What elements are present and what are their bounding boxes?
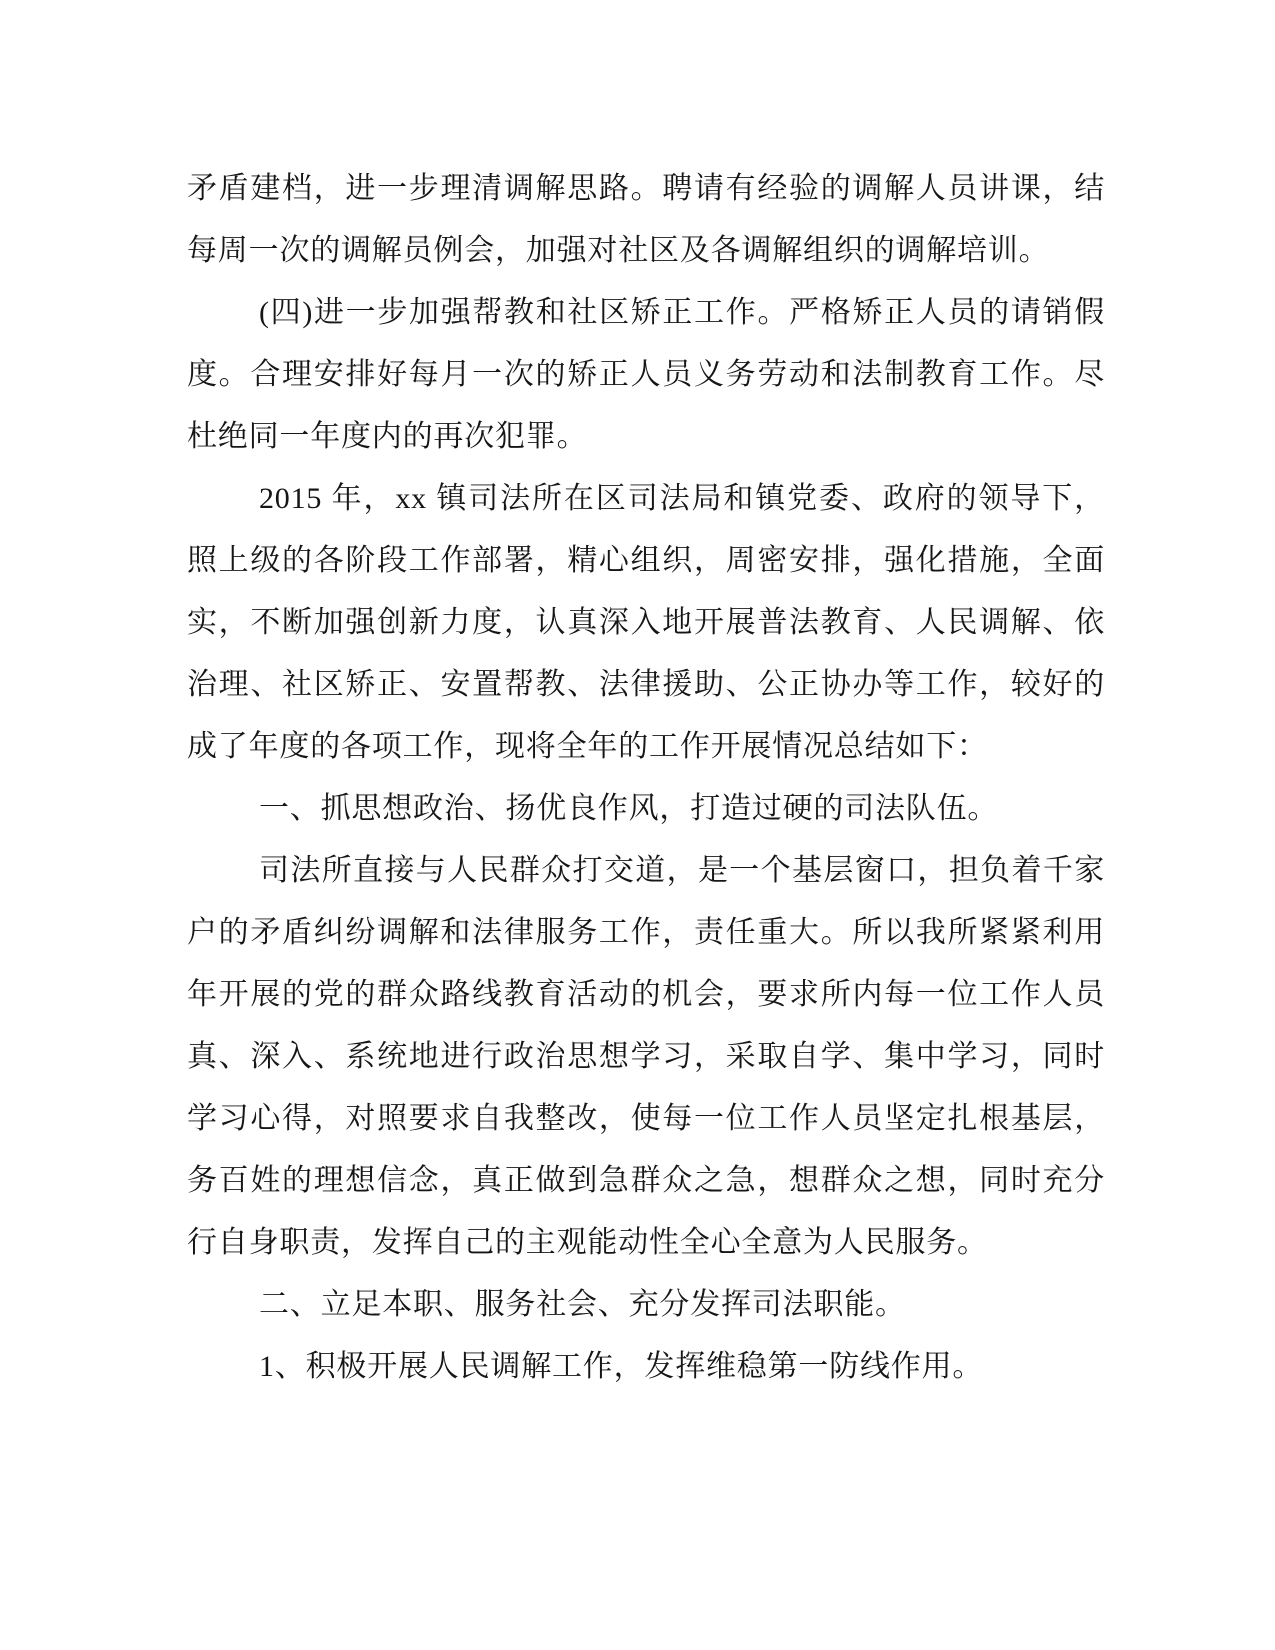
text-line: 治理、社区矫正、安置帮教、法律援助、公正协办等工作，较好的完 — [187, 654, 1105, 716]
text-line: 户的矛盾纠纷调解和法律服务工作，责任重大。所以我所紧紧利用今 — [187, 902, 1105, 964]
document-page: 矛盾建档，进一步理清调解思路。聘请有经验的调解人员讲课，结合每周一次的调解员例会… — [0, 0, 1275, 1650]
text-line: 杜绝同一年度内的再次犯罪。 — [187, 406, 1105, 468]
text-line: 学习心得，对照要求自我整改，使每一位工作人员坚定扎根基层，服 — [187, 1088, 1105, 1150]
text-line: 二、立足本职、服务社会、充分发挥司法职能。 — [187, 1274, 1105, 1336]
text-line: 真、深入、系统地进行政治思想学习，采取自学、集中学习，同时写 — [187, 1026, 1105, 1088]
text-line: 实，不断加强创新力度，认真深入地开展普法教育、人民调解、依法 — [187, 592, 1105, 654]
text-line: 一、抓思想政治、扬优良作风，打造过硬的司法队伍。 — [187, 778, 1105, 840]
text-line: 行自身职责，发挥自己的主观能动性全心全意为人民服务。 — [187, 1212, 1105, 1274]
text-line: 每周一次的调解员例会，加强对社区及各调解组织的调解培训。 — [187, 220, 1105, 282]
text-line: 照上级的各阶段工作部署，精心组织，周密安排，强化措施，全面落 — [187, 530, 1105, 592]
document-body: 矛盾建档，进一步理清调解思路。聘请有经验的调解人员讲课，结合每周一次的调解员例会… — [187, 158, 1105, 1398]
text-line: (四)进一步加强帮教和社区矫正工作。严格矫正人员的请销假制 — [187, 282, 1105, 344]
text-line: 年开展的党的群众路线教育活动的机会，要求所内每一位工作人员认 — [187, 964, 1105, 1026]
text-line: 成了年度的各项工作，现将全年的工作开展情况总结如下： — [187, 716, 1105, 778]
text-line: 度。合理安排好每月一次的矫正人员义务劳动和法制教育工作。尽量 — [187, 344, 1105, 406]
text-line: 矛盾建档，进一步理清调解思路。聘请有经验的调解人员讲课，结合 — [187, 158, 1105, 220]
text-line: 务百姓的理想信念，真正做到急群众之急，想群众之想，同时充分履 — [187, 1150, 1105, 1212]
text-line: 2015 年，xx 镇司法所在区司法局和镇党委、政府的领导下，按 — [187, 468, 1105, 530]
text-line: 司法所直接与人民群众打交道，是一个基层窗口，担负着千家万 — [187, 840, 1105, 902]
text-line: 1、积极开展人民调解工作，发挥维稳第一防线作用。 — [187, 1336, 1105, 1398]
